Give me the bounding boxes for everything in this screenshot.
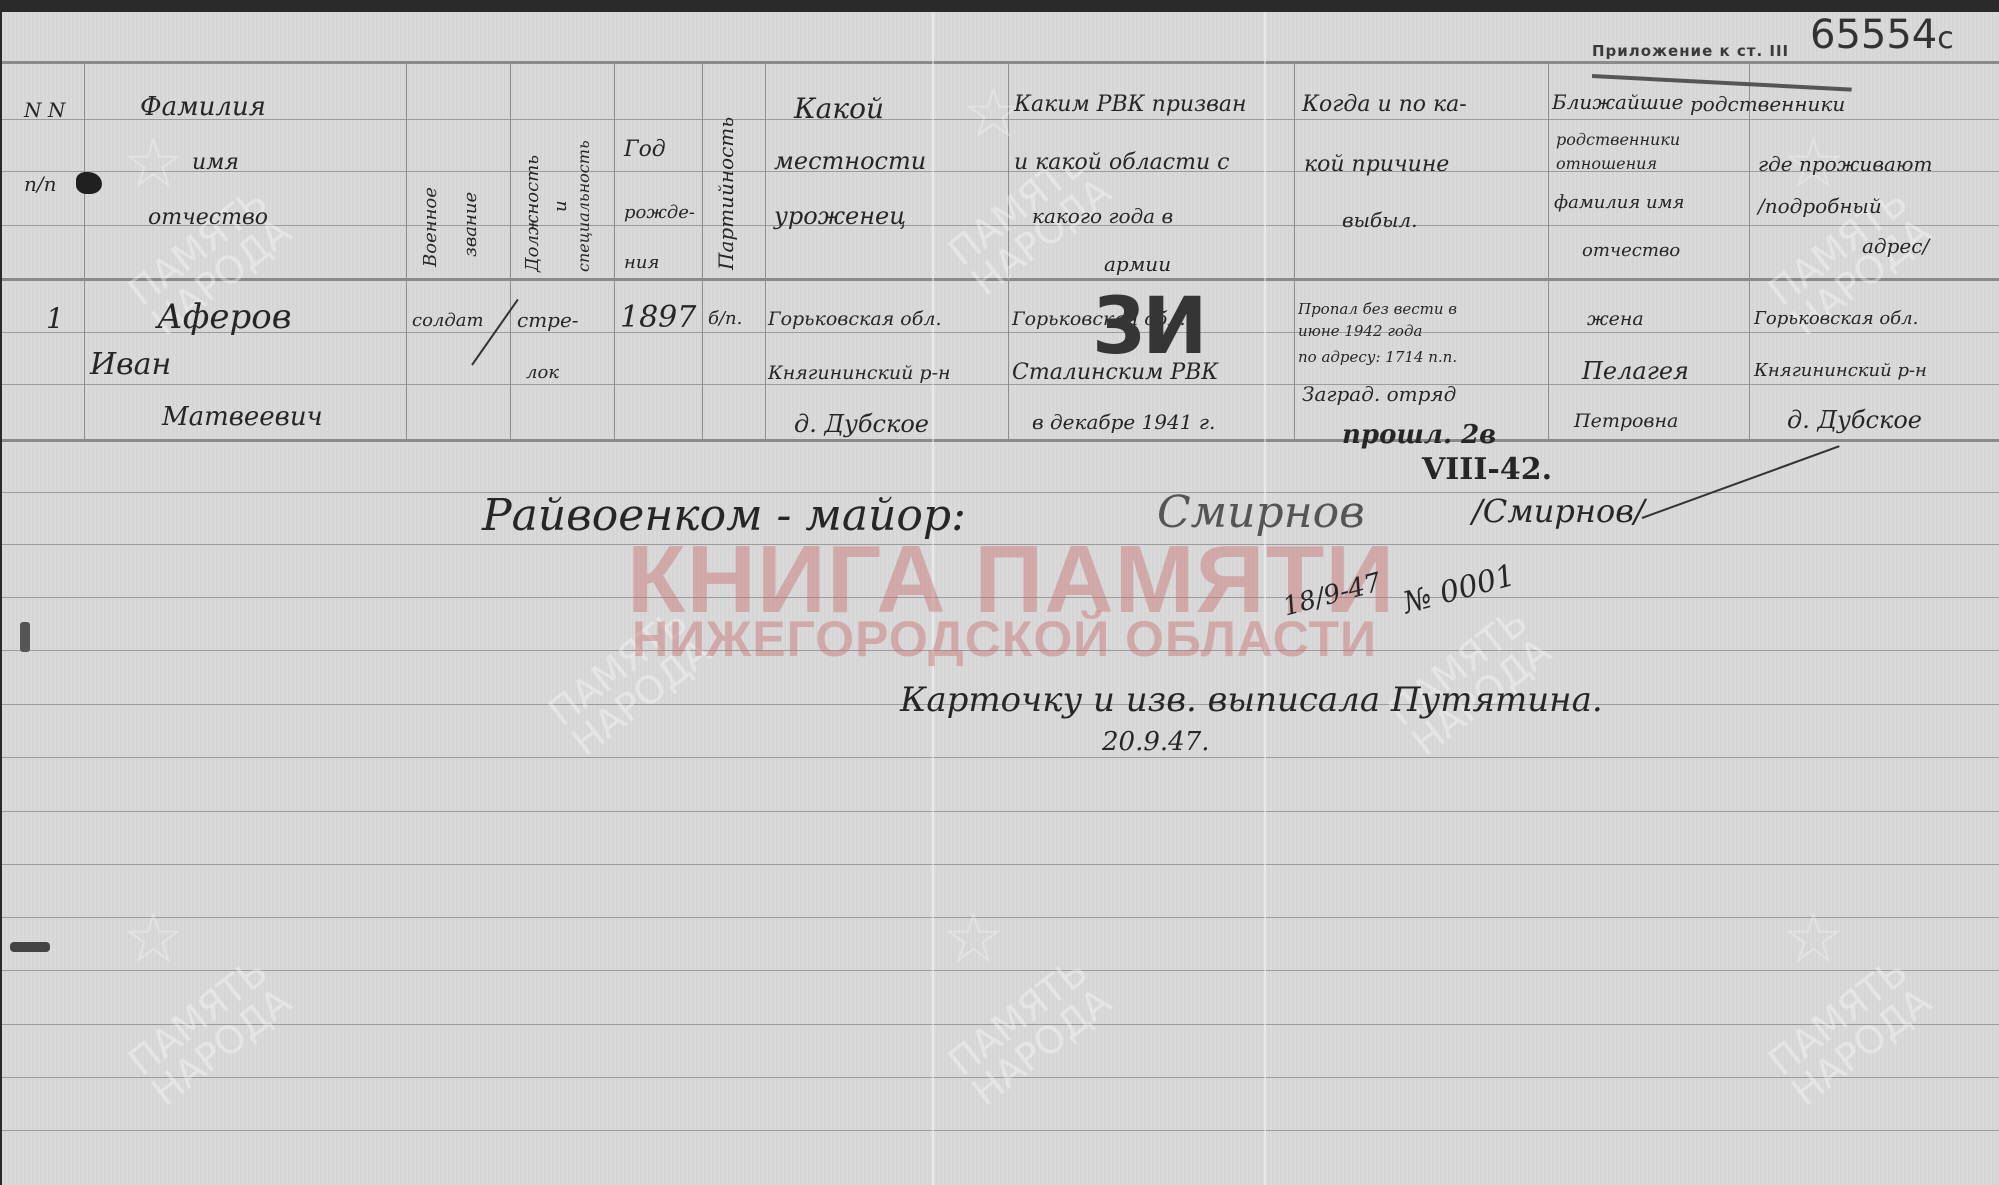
header-relatives: Ближайшие xyxy=(1552,90,1684,114)
row-loss: Заград. отряд xyxy=(1302,382,1456,406)
column-divider xyxy=(84,61,85,439)
paper-tear xyxy=(10,942,50,952)
header-loss: выбыл. xyxy=(1342,208,1418,232)
header-relatives-address: родственники xyxy=(1690,92,1845,116)
row-loss: по адресу: 1714 п.п. xyxy=(1298,348,1457,366)
column-divider xyxy=(1548,61,1549,439)
table-top-border xyxy=(2,61,1999,64)
header-birth-year: Год xyxy=(624,137,666,162)
row-relative-patronymic: Петровна xyxy=(1574,410,1678,432)
header-loss: кой причине xyxy=(1304,152,1449,177)
header-birth-year: ния xyxy=(624,252,659,273)
star-watermark-icon: ☆ xyxy=(122,122,185,204)
header-relatives-address: где проживают xyxy=(1758,152,1932,176)
margin-note: прошл. 2в xyxy=(1342,420,1496,450)
row-party: б/п. xyxy=(708,308,742,329)
row-relative-relation: жена xyxy=(1587,308,1644,330)
document-sheet: ☆ ПАМЯТЬНАРОДА ☆ ПАМЯТЬНАРОДА ☆ ПАМЯТЬНА… xyxy=(2,12,1999,1185)
header-conscription: и какой области с xyxy=(1014,150,1229,175)
header-birthplace: Какой xyxy=(794,92,884,125)
row-relative-first-name: Пелагея xyxy=(1582,357,1689,385)
header-relatives: фамилия имя xyxy=(1554,192,1684,213)
header-loss: Когда и по ка- xyxy=(1302,92,1467,117)
row-loss: Пропал без вести в xyxy=(1298,300,1457,318)
column-divider xyxy=(614,61,615,439)
row-conscription: в декабре 1941 г. xyxy=(1032,410,1215,434)
header-name: имя xyxy=(192,150,239,175)
paper-tear xyxy=(20,622,30,652)
header-name: Фамилия xyxy=(140,92,266,122)
footer-note: Карточку и изв. выписала Путятина. xyxy=(900,680,1603,720)
row-birth-year: 1897 xyxy=(620,300,696,335)
rule-line xyxy=(2,171,1999,172)
row-birthplace: Княгининский р-н xyxy=(768,362,951,384)
header-party: Партийность xyxy=(714,117,738,270)
signature-name: /Смирнов/ xyxy=(1472,492,1645,530)
column-divider xyxy=(1749,61,1750,439)
rule-line xyxy=(2,864,1999,865)
column-divider xyxy=(1294,61,1295,439)
paper-hole xyxy=(76,172,102,194)
star-watermark-icon: ☆ xyxy=(1782,897,1845,979)
overlay-stamp-mark: 3И xyxy=(1092,282,1204,372)
row-rank: солдат xyxy=(412,310,484,331)
header-relatives: отношения xyxy=(1556,154,1657,173)
rule-line xyxy=(2,492,1999,493)
signature-stroke xyxy=(1642,445,1840,519)
row-loss: июне 1942 года xyxy=(1298,322,1422,340)
header-conscription: армии xyxy=(1104,252,1171,276)
row-relative-address: Княгининский р-н xyxy=(1754,360,1927,381)
row-relative-address: Горьковская обл. xyxy=(1754,308,1918,329)
column-divider xyxy=(406,61,407,439)
star-watermark-icon: ☆ xyxy=(942,897,1005,979)
row-first-name: Иван xyxy=(90,347,171,382)
margin-note-date: VIII-42. xyxy=(1422,452,1552,487)
column-divider xyxy=(510,61,511,439)
row-birthplace: д. Дубское xyxy=(794,410,929,438)
star-watermark-icon: ☆ xyxy=(122,897,185,979)
table-bottom-border xyxy=(2,439,1999,442)
header-position: Должность xyxy=(522,155,543,272)
header-birthplace: уроженец xyxy=(774,202,906,230)
header-num: п/п xyxy=(24,172,57,196)
row-birthplace: Горьковская обл. xyxy=(768,308,941,330)
header-relatives: отчество xyxy=(1582,240,1680,261)
row-position: лок xyxy=(526,362,559,383)
header-relatives-address: /подробный xyxy=(1758,194,1882,218)
header-conscription: какого года в xyxy=(1032,204,1173,228)
header-name: отчество xyxy=(148,205,268,230)
watermark-region: НИЖЕГОРОДСКОЙ ОБЛАСТИ xyxy=(632,614,1377,664)
header-num: N N xyxy=(24,98,65,122)
row-patronymic: Матвеевич xyxy=(162,402,323,432)
row-surname: Аферов xyxy=(157,297,292,337)
rule-line xyxy=(2,332,1999,333)
header-relatives: родственники xyxy=(1556,130,1680,149)
rule-line xyxy=(2,1130,1999,1131)
column-divider xyxy=(702,61,703,439)
header-rank: звание xyxy=(460,192,481,257)
archive-number: 65554с xyxy=(1810,12,1954,58)
rule-line xyxy=(2,757,1999,758)
header-rank: Военное xyxy=(420,187,441,267)
rule-line xyxy=(2,384,1999,385)
rule-line xyxy=(2,811,1999,812)
header-conscription: Каким РВК призван xyxy=(1014,92,1247,117)
header-relatives-address: адрес/ xyxy=(1862,234,1929,258)
header-position: и xyxy=(550,200,571,212)
appendix-stamp: Приложение к ст. III xyxy=(1592,42,1789,60)
signature-title: Райвоенком - майор: xyxy=(482,490,966,541)
stamp-arrow xyxy=(1592,74,1852,92)
row-num: 1 xyxy=(46,302,64,335)
column-divider xyxy=(765,61,766,439)
footer-note-date: 20.9.47. xyxy=(1102,727,1210,757)
header-birth-year: рожде- xyxy=(624,202,695,223)
signature: Смирнов xyxy=(1157,487,1365,538)
row-position: стре- xyxy=(517,308,579,332)
row-relative-address: д. Дубское xyxy=(1787,406,1922,434)
header-birthplace: местности xyxy=(774,147,926,175)
header-position: специальность xyxy=(574,140,593,272)
